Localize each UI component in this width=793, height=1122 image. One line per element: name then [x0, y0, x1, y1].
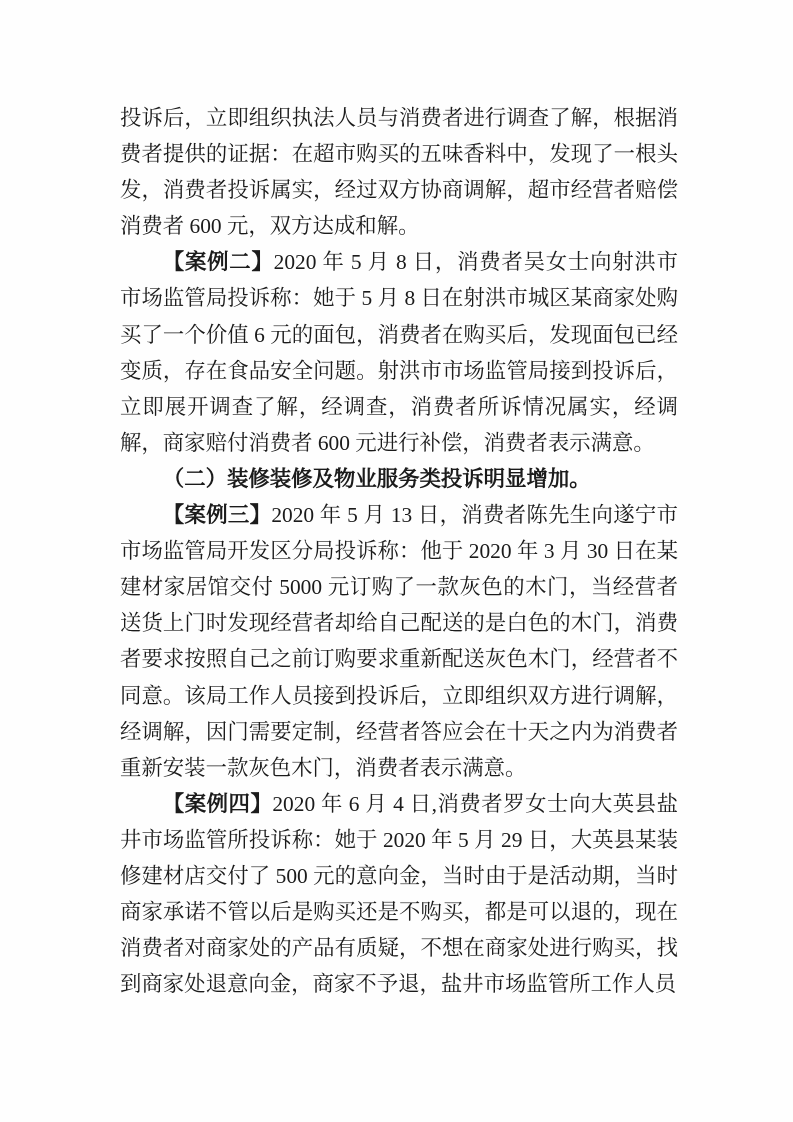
section-heading-2: （二）装修装修及物业服务类投诉明显增加。: [120, 461, 678, 497]
paragraph-text: 2020 年 6 月 4 日,消费者罗女士向大英县盐井市场监管所投诉称：她于 2…: [120, 792, 678, 996]
case4-label: 【案例四】: [163, 792, 273, 816]
case2-label: 【案例二】: [163, 250, 274, 274]
document-content: 投诉后，立即组织执法人员与消费者进行调查了解，根据消费者提供的证据：在超市购买的…: [120, 100, 678, 1002]
paragraph-case2: 【案例二】2020 年 5 月 8 日，消费者吴女士向射洪市市场监管局投诉称：她…: [120, 244, 678, 461]
case3-label: 【案例三】: [163, 503, 272, 527]
paragraph-text: 投诉后，立即组织执法人员与消费者进行调查了解，根据消费者提供的证据：在超市购买的…: [120, 106, 678, 238]
paragraph-text: 2020 年 5 月 13 日，消费者陈先生向遂宁市市场监管局开发区分局投诉称：…: [120, 503, 678, 780]
section-heading-text: （二）装修装修及物业服务类投诉明显增加。: [163, 467, 591, 491]
paragraph-case3: 【案例三】2020 年 5 月 13 日，消费者陈先生向遂宁市市场监管局开发区分…: [120, 497, 678, 786]
paragraph-text: 2020 年 5 月 8 日，消费者吴女士向射洪市市场监管局投诉称：她于 5 月…: [120, 250, 678, 454]
paragraph-case1-continuation: 投诉后，立即组织执法人员与消费者进行调查了解，根据消费者提供的证据：在超市购买的…: [120, 100, 678, 244]
paragraph-case4: 【案例四】2020 年 6 月 4 日,消费者罗女士向大英县盐井市场监管所投诉称…: [120, 786, 678, 1003]
document-page: 投诉后，立即组织执法人员与消费者进行调查了解，根据消费者提供的证据：在超市购买的…: [0, 0, 793, 1122]
